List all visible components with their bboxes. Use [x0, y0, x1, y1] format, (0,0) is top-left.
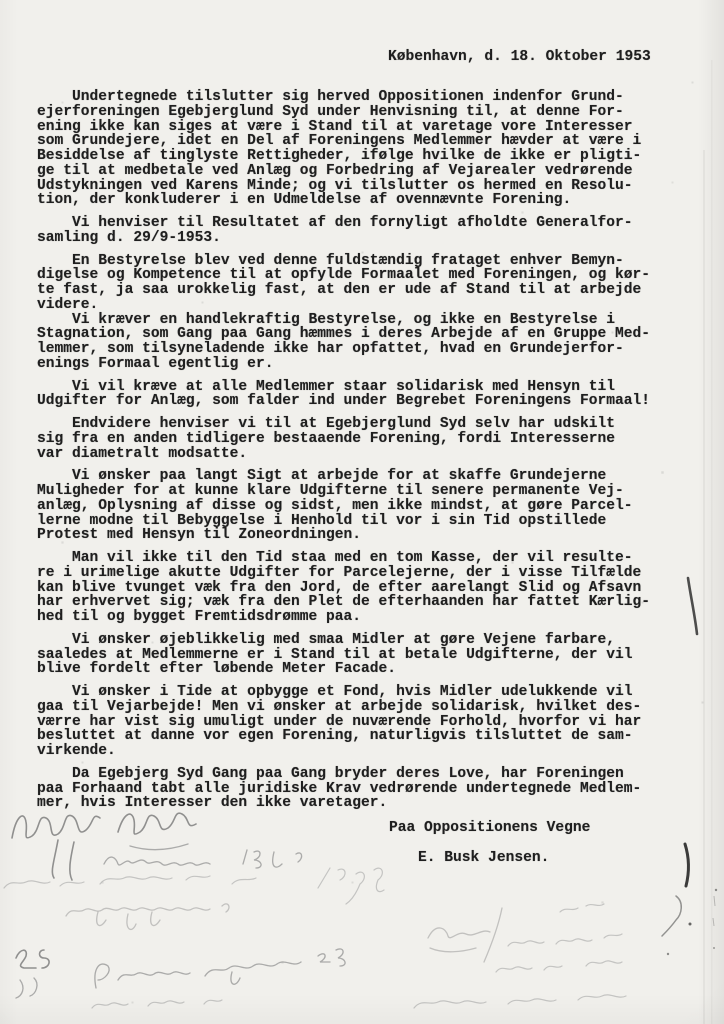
note-scribble-row-4: [66, 904, 229, 930]
address-scribble-row: [95, 949, 345, 988]
scanned-letter-page: København, d. 18. Oktober 1953 Undertegn…: [0, 0, 724, 1024]
paragraph-1: Undertegnede tilslutter sig herved Oppos…: [37, 90, 661, 208]
letter-body: Undertegnede tilslutter sig herved Oppos…: [37, 90, 661, 811]
signature-scribble-right-cluster: [414, 904, 626, 1008]
paragraph-6: Endvidere henviser vi til at Egebjerglun…: [37, 417, 661, 461]
paragraph-10: Vi ønsker i Tide at opbygge et Fond, hvi…: [37, 685, 661, 759]
paragraph-4: Vi kræver en handlekraftig Bestyrelse, o…: [37, 313, 661, 372]
paragraph-8: Man vil ikke til den Tid staa med en tom…: [37, 551, 661, 625]
paper-crease: [703, 60, 713, 1024]
ink-smudge-marks-right-margin: [662, 578, 717, 955]
paragraph-2: Vi henviser til Resultatet af den fornyl…: [37, 216, 661, 246]
dateline: København, d. 18. Oktober 1953: [388, 49, 651, 65]
closing-on-behalf: Paa Oppositionens Vegne: [389, 820, 590, 836]
scan-noise: [0, 0, 1, 1]
number-scribble-left: [16, 950, 49, 998]
note-scribble-row-2: [104, 850, 302, 868]
paragraph-7: Vi ønsker paa langt Sigt at arbejde for …: [37, 469, 661, 543]
paragraph-9: Vi ønsker øjeblikkelig med smaa Midler a…: [37, 633, 661, 677]
large-signature-scribble: [12, 813, 196, 880]
note-scribble-row-3: [4, 868, 384, 904]
closing-signer: E. Busk Jensen.: [418, 850, 590, 866]
paragraph-3: En Bestyrelse blev ved denne fuldstændig…: [37, 254, 661, 313]
paragraph-5: Vi vil kræve at alle Medlemmer staar sol…: [37, 380, 661, 410]
paragraph-11: Da Egebjerg Syd Gang paa Gang bryder der…: [37, 767, 661, 811]
closing-block: Paa Oppositionens Vegne E. Busk Jensen.: [389, 820, 590, 866]
fragment-scribbles-bottom: [92, 1000, 222, 1008]
